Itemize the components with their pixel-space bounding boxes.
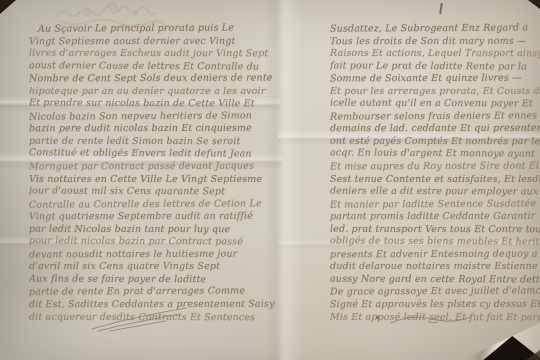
- manuscript-line: Vingt Septiesme aoust dernier avec Vingt: [29, 35, 275, 48]
- manuscript-line: Nombre de Cent Sept Sols deux deniers de…: [29, 73, 275, 87]
- manuscript-line: obligés de tous ses biens meubles Et her…: [330, 236, 540, 250]
- manuscript-line: partant promis laditte Ceddante Garantir: [330, 211, 540, 224]
- manuscript-line: jour d'aoust mil six Cens quarante Sept: [29, 186, 275, 200]
- manuscript-line: Vingt quatriesme Septembre audit an rati…: [29, 211, 275, 224]
- page-left-lines: Au Sçavoir Le principal prorata puis LeV…: [29, 23, 275, 324]
- manuscript-line: Susdattez, Le Subrogeant Enz Regard a: [330, 23, 540, 36]
- manuscript-line: Au Sçavoir Le principal prorata puis Le: [29, 23, 275, 36]
- manuscript-line: Vis nottaires en Cette Ville Le Vingt Se…: [29, 174, 275, 187]
- manuscript-line: Raisons Et actions, Lequel Transport ain…: [330, 48, 540, 61]
- page-right: Susdattez, Le Subrogeant Enz Regard aTou…: [330, 23, 540, 323]
- manuscript-line: demains de lad. ceddante Et qui presente…: [330, 123, 540, 136]
- manuscript-line: Et manier par laditte Sentence Susdattée: [330, 198, 540, 212]
- manuscript-line: Somme de Soixante Et quinze livres —: [330, 73, 540, 86]
- page-right-lines: Susdattez, Le Subrogeant Enz Regard aTou…: [330, 23, 540, 323]
- manuscript-line: Et pour les arrerages prorata, Et Cousts…: [330, 86, 540, 99]
- ink-speck: [376, 316, 379, 319]
- page-left: Au Sçavoir Le principal prorata puis LeV…: [29, 23, 275, 329]
- manuscript-line: Mornguet par Contract passé devant Jacqu…: [29, 161, 275, 175]
- manuscript-line: deniers elle a dit estre pour employer a…: [330, 186, 540, 199]
- closing-squiggle-icon: [388, 312, 474, 328]
- manuscript-line: acqr. En louis d'argent Et monnoye ayant: [330, 148, 540, 162]
- manuscript-line: d'avril mil six Cens quatre Vingts Sept: [29, 261, 275, 274]
- manuscript-line: hipoteque par an au denier quatorze a le…: [29, 86, 275, 99]
- manuscript-photo: Au Sçavoir Le principal prorata puis LeV…: [0, 0, 540, 360]
- manuscript-line: bazin pere dudit nicolas bazin Et cinqui…: [29, 123, 275, 136]
- manuscript-line: Signé Et approuvés les plstes cy dessus …: [330, 299, 540, 312]
- manuscript-line: Tous les droits de Son dit mary noms —: [330, 35, 540, 48]
- manuscript-line: dudit delaroue nottaires maistre Estienn…: [330, 261, 540, 274]
- manuscript-line: partie de rente En prat d'arrerages Comm…: [29, 286, 275, 300]
- manuscript-line: pour ledit nicolas bazin par Contract pa…: [29, 236, 275, 250]
- manuscript-line: devant nousdit nottaires le huitiesme jo…: [29, 248, 275, 262]
- paraph-flourish-icon: [88, 302, 192, 332]
- manuscript-line: Et prendre sur nicolas bazin de Cette Vi…: [29, 98, 275, 112]
- manuscript-line: Et mise aupres du Roy nostre Sire dont E…: [330, 161, 540, 174]
- manuscript-line: Sest tenue Contente et satisfaites, Et l…: [330, 174, 540, 187]
- manuscript-line: livres d'arrerages Escheus audit jour Vi…: [29, 48, 275, 61]
- manuscript-line: De grace agrassoye Et avec juillet d'ela…: [330, 286, 540, 300]
- manuscript-line: presents Et advenir Entesmoing dequoy a …: [330, 248, 540, 261]
- manuscript-line: icelle autant qu'il en a Convenu payer E…: [330, 98, 540, 111]
